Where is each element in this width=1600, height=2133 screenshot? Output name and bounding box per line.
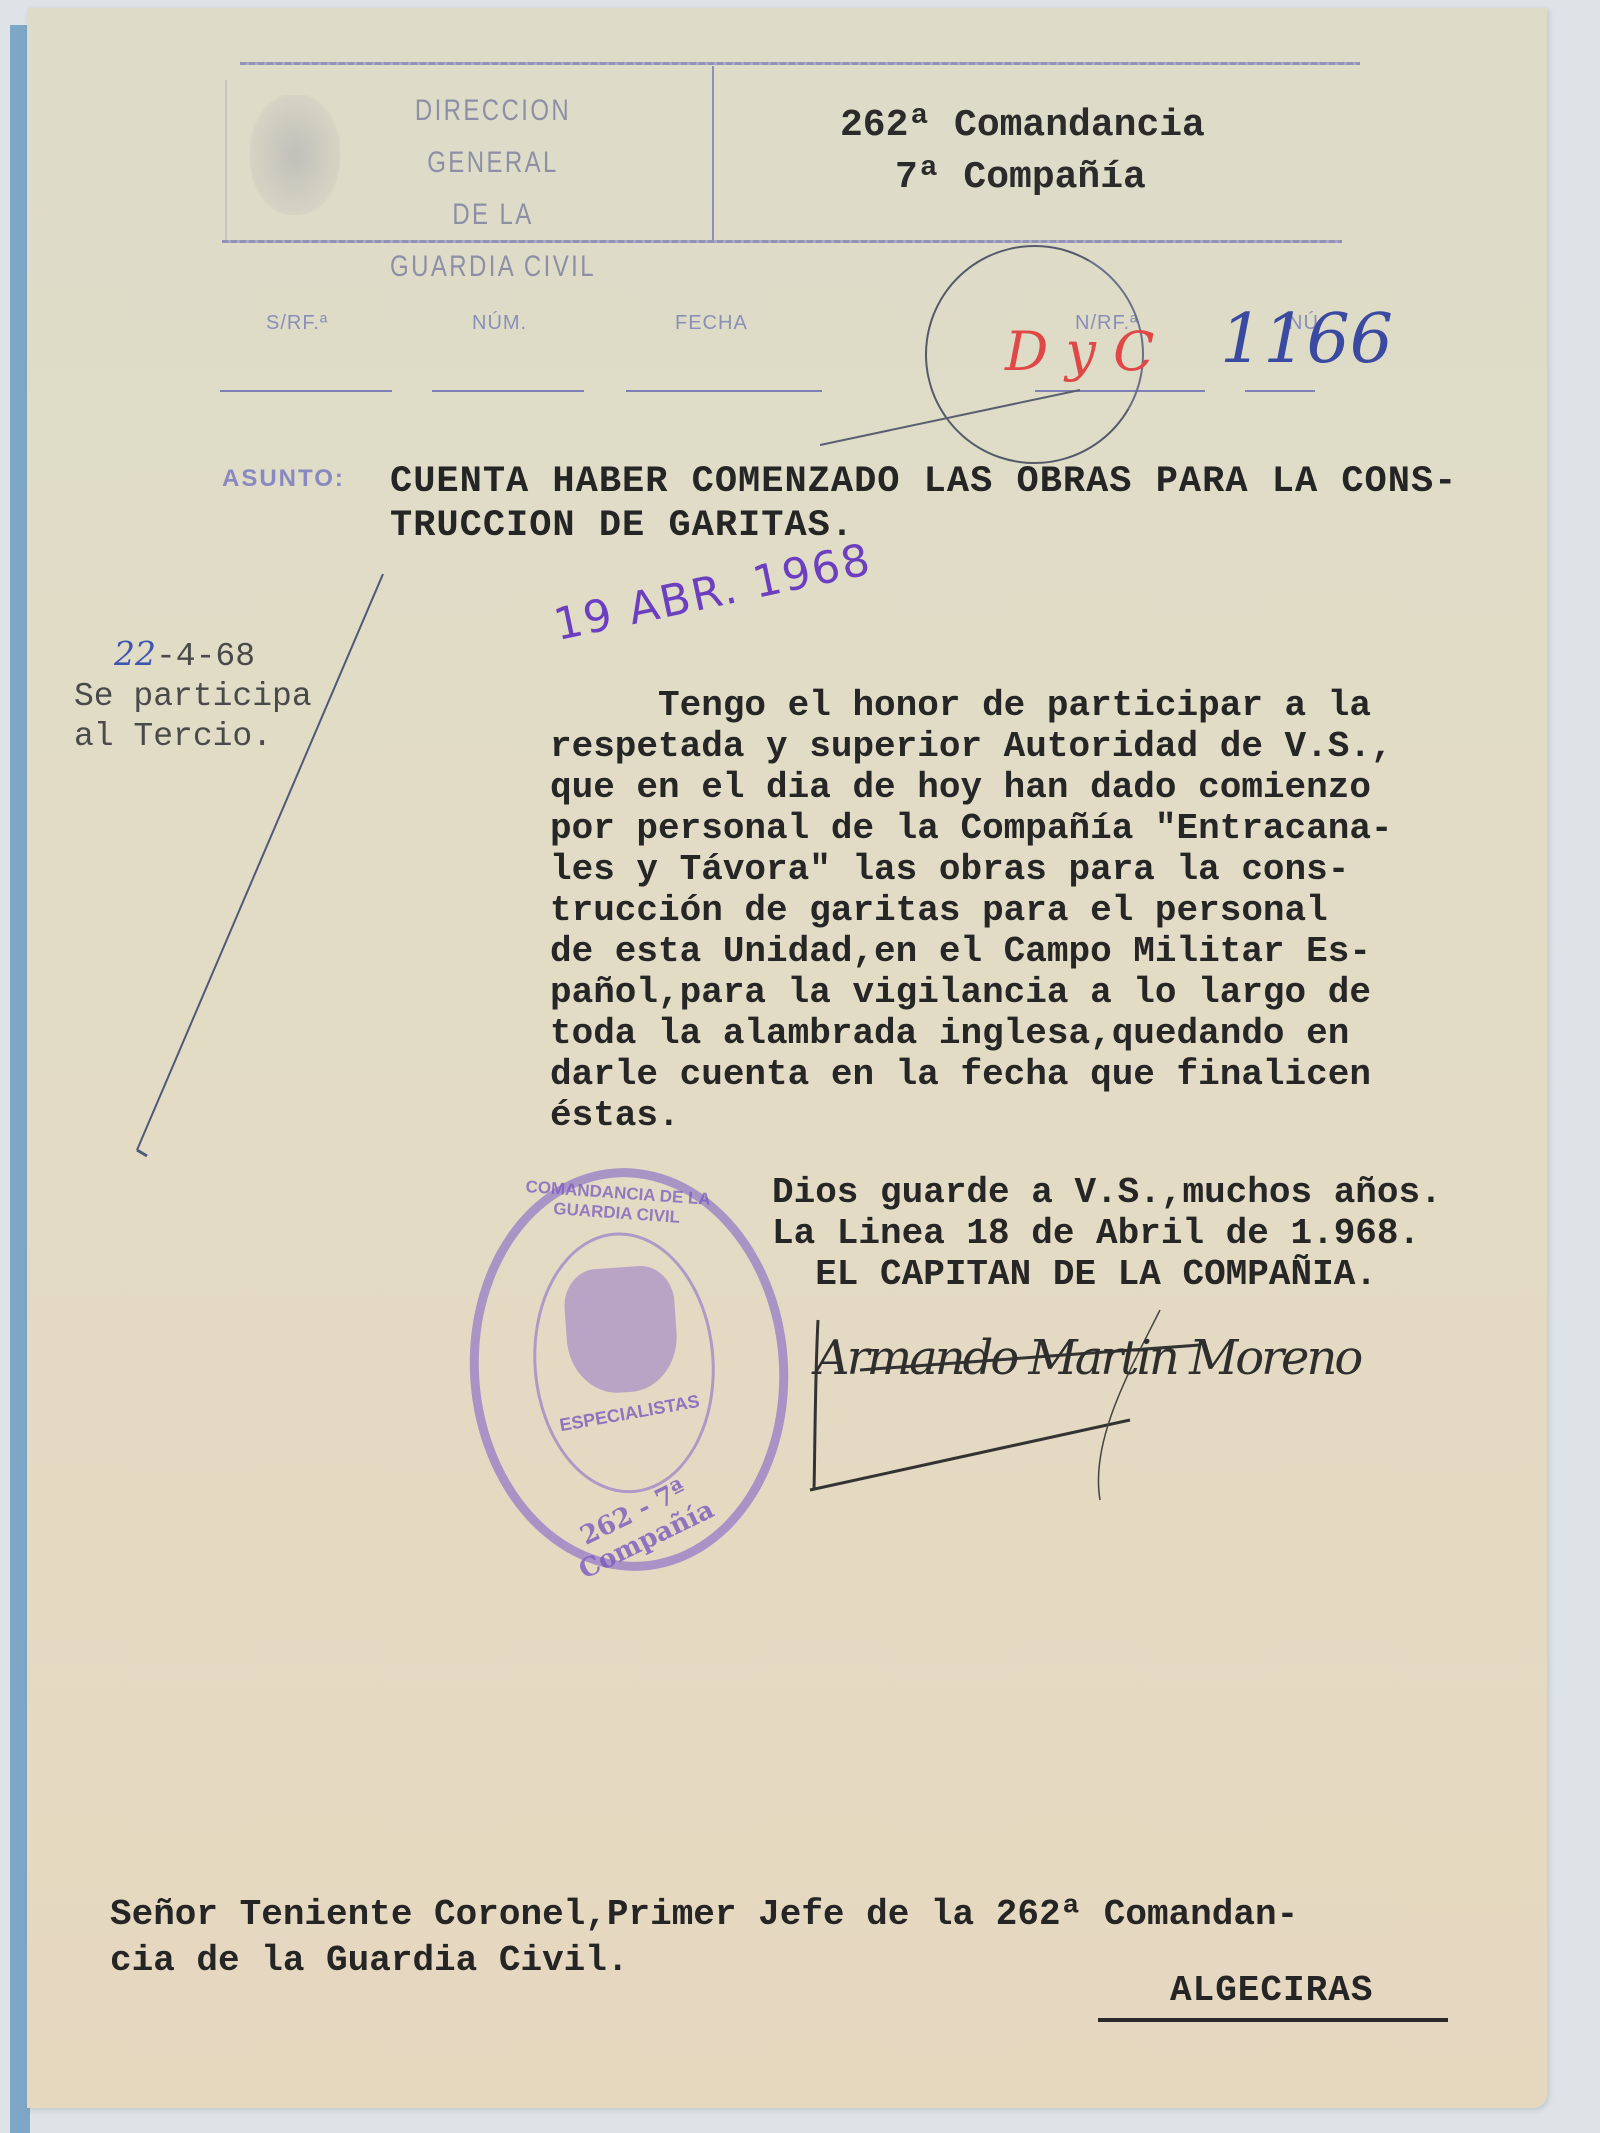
subject-label: ASUNTO: [222,465,345,493]
city-underline [1098,2018,1448,2022]
coat-of-arms-icon [250,95,340,215]
letter-body: Tengo el honor de participar a la respet… [550,685,1510,1136]
subject-line-2: TRUCCION DE GARITAS. [390,504,1457,548]
s-rf-label: S/RF.ª [266,312,328,335]
fecha-field-line [626,390,822,392]
authority-line-1: DIRECCION GENERAL [345,85,641,189]
issuing-authority-stamp: DIRECCION GENERAL DE LA GUARDIA CIVIL [345,85,641,293]
unit-heading: 262ª Comandancia 7ª Compañía [840,100,1205,204]
subject-line-1: CUENTA HABER COMENZADO LAS OBRAS PARA LA… [390,460,1457,504]
header-top-rule [240,62,1360,65]
s-rf-field-line [220,390,392,392]
registry-number: 1166 [1220,300,1393,379]
closing-formula: Dios guarde a V.S.,muchos años. La Linea… [772,1172,1442,1295]
num-label: NÚM. [472,312,527,335]
compania-label: 7ª Compañía [840,152,1205,204]
margin-pencil-line-icon [125,570,395,1170]
fecha-label: FECHA [675,312,748,335]
pencil-stroke-icon [820,380,1100,460]
authority-line-3: GUARDIA CIVIL [345,241,641,293]
header-divider [712,66,714,242]
num2-field-line [1245,390,1315,392]
red-pencil-annotation: D y C [1005,320,1154,383]
comandancia-label: 262ª Comandancia [840,100,1205,152]
destination-city: ALGECIRAS [1170,1970,1373,2011]
addressee: Señor Teniente Coronel,Primer Jefe de la… [110,1892,1298,1984]
subject-text: CUENTA HABER COMENZADO LAS OBRAS PARA LA… [390,460,1457,548]
num-field-line [432,390,584,392]
header-left-border [225,80,227,240]
captain-signature: Armando Martin Moreno [815,1330,1360,1386]
authority-line-2: DE LA [345,189,641,241]
